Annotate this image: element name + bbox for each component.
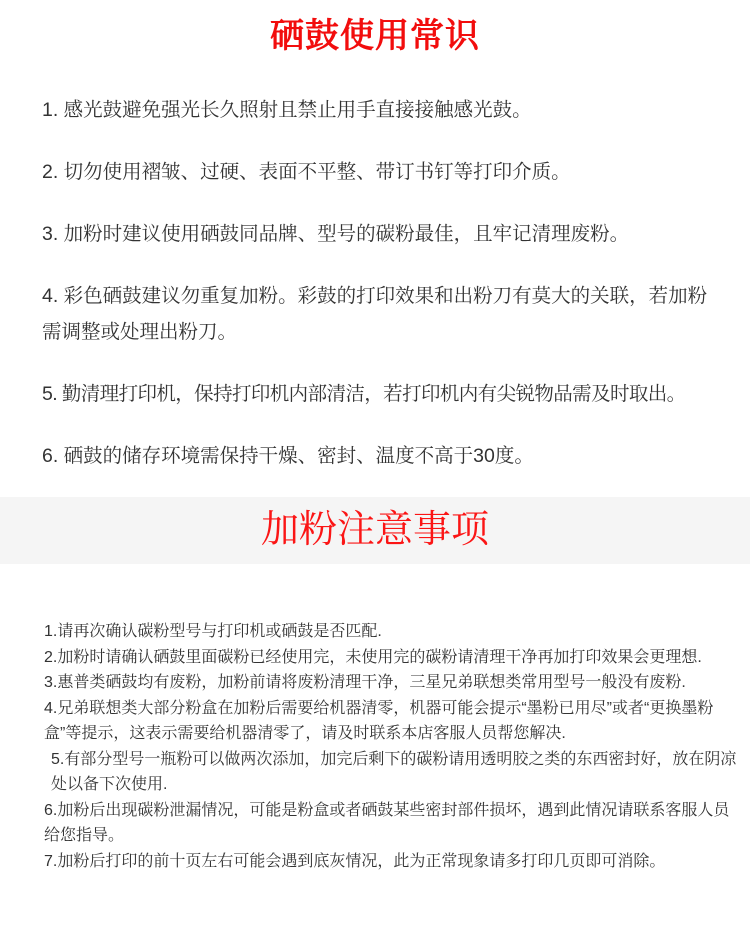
refill-notes-list: 1.请再次确认碳粉型号与打印机或硒鼓是否匹配. 2.加粉时请确认硒鼓里面碳粉已经… xyxy=(44,619,742,874)
refill-note-item: 7.加粉后打印的前十页左右可能会遇到底灰情况，此为正常现象请多打印几页即可消除。 xyxy=(44,849,742,875)
usage-tips-list: 1. 感光鼓避免强光长久照射且禁止用手直接接触感光鼓。 2. 切勿使用褶皱、过硬… xyxy=(42,92,712,474)
refill-note-item: 4.兄弟联想类大部分粉盒在加粉后需要给机器清零，机器可能会提示“墨粉已用尽”或者… xyxy=(44,696,742,747)
section1-title: 硒鼓使用常识 xyxy=(0,0,750,58)
section2-title: 加粉注意事项 xyxy=(0,497,750,564)
usage-tip-item: 2. 切勿使用褶皱、过硬、表面不平整、带订书钉等打印介质。 xyxy=(42,154,712,190)
refill-note-item: 1.请再次确认碳粉型号与打印机或硒鼓是否匹配. xyxy=(44,619,742,645)
usage-tip-item: 5. 勤清理打印机，保持打印机内部清洁，若打印机内有尖锐物品需及时取出。 xyxy=(42,376,712,412)
refill-note-item: 2.加粉时请确认硒鼓里面碳粉已经使用完，未使用完的碳粉请清理干净再加打印效果会更… xyxy=(44,645,742,671)
refill-note-item: 6.加粉后出现碳粉泄漏情况，可能是粉盒或者硒鼓某些密封部件损坏，遇到此情况请联系… xyxy=(44,798,742,849)
usage-tip-item: 4. 彩色硒鼓建议勿重复加粉。彩鼓的打印效果和出粉刀有莫大的关联，若加粉需调整或… xyxy=(42,278,712,350)
toner-usage-notice-page: 硒鼓使用常识 1. 感光鼓避免强光长久照射且禁止用手直接接触感光鼓。 2. 切勿… xyxy=(0,0,750,934)
section2-header-band: 加粉注意事项 xyxy=(0,497,750,564)
refill-note-item: 5.有部分型号一瓶粉可以做两次添加，加完后剩下的碳粉请用透明胶之类的东西密封好，… xyxy=(44,747,742,798)
usage-tip-item: 1. 感光鼓避免强光长久照射且禁止用手直接接触感光鼓。 xyxy=(42,92,712,128)
usage-tip-item: 3. 加粉时建议使用硒鼓同品牌、型号的碳粉最佳，且牢记清理废粉。 xyxy=(42,216,712,252)
usage-tip-item: 6. 硒鼓的储存环境需保持干燥、密封、温度不高于30度。 xyxy=(42,438,712,474)
refill-note-item: 3.惠普类硒鼓均有废粉，加粉前请将废粉清理干净，三星兄弟联想类常用型号一般没有废… xyxy=(44,670,742,696)
